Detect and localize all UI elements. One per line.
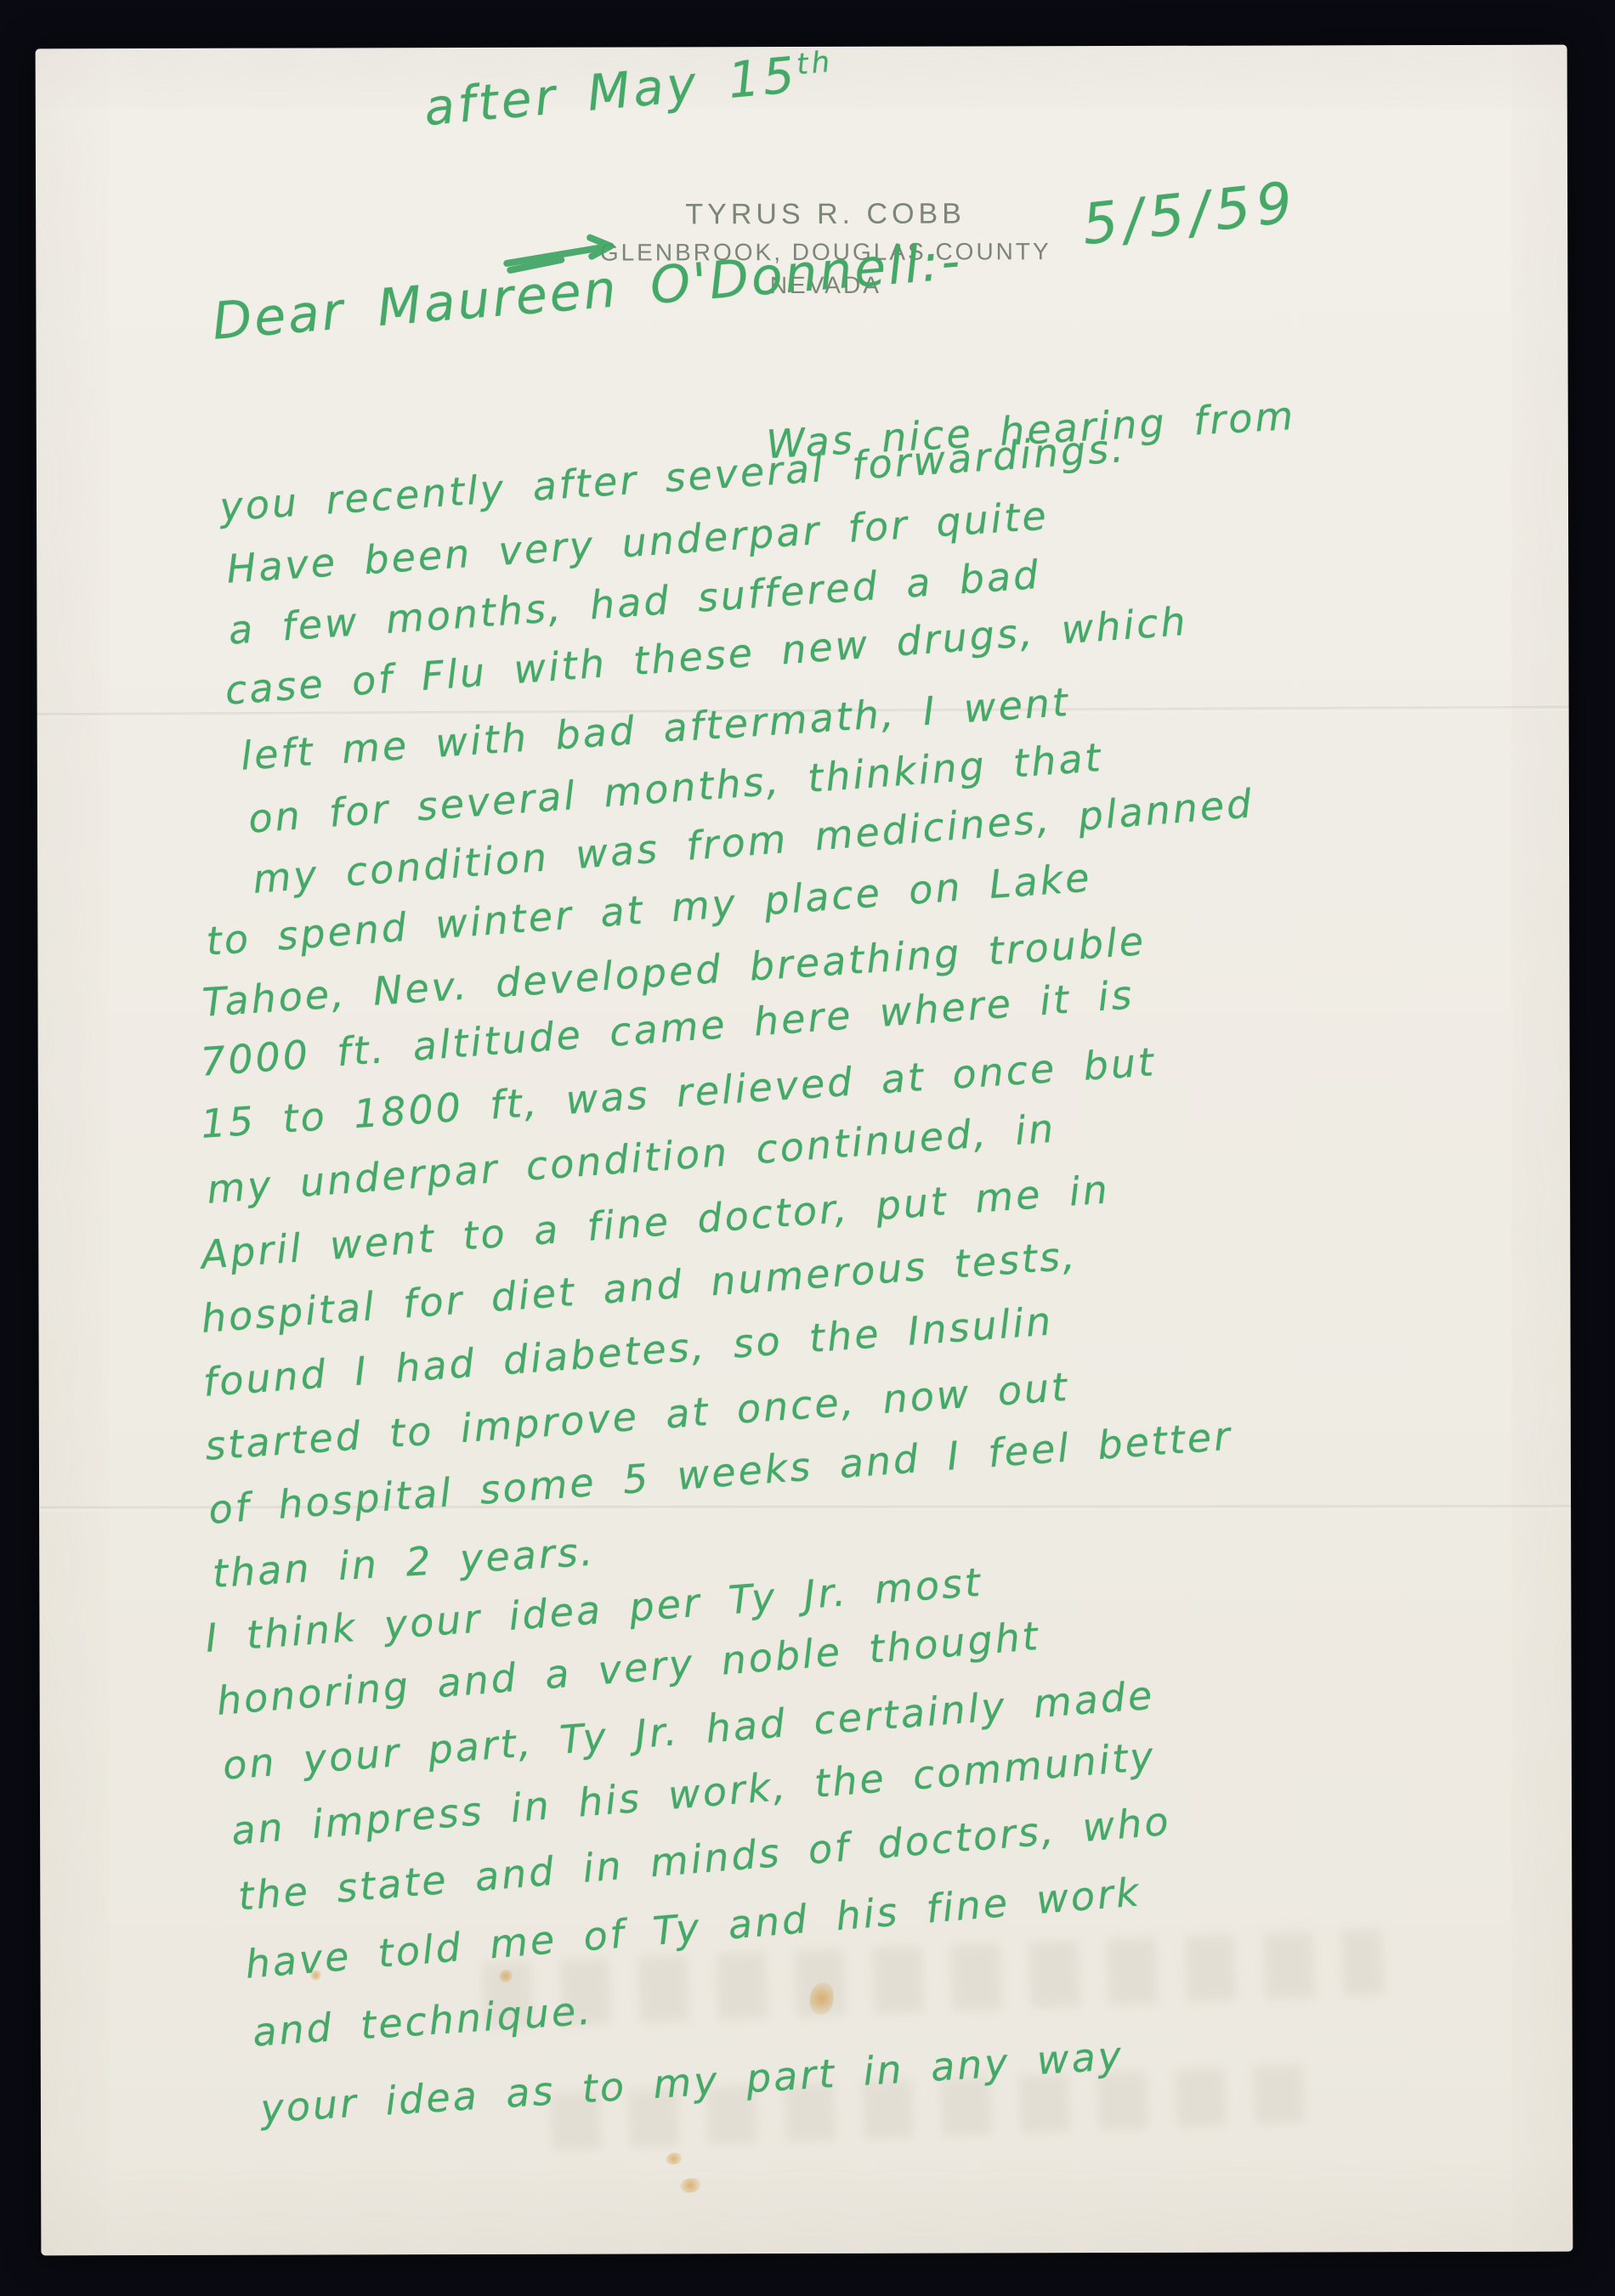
letter-page: after May 15th TYRUS R. COBB GLENBROOK, … <box>36 45 1573 2256</box>
paper-stain <box>680 2178 700 2192</box>
annotation-superscript: th <box>795 45 834 82</box>
handwritten-line: than in 2 years. <box>212 1532 597 1593</box>
paper-stain <box>666 2152 682 2164</box>
scan-background: after May 15th TYRUS R. COBB GLENBROOK, … <box>0 0 1615 2296</box>
letterhead-name: TYRUS R. COBB <box>59 196 1591 234</box>
handwritten-line: and technique. <box>252 1991 594 2052</box>
handwritten-annotation: after May 15th <box>422 47 836 133</box>
annotation-text: after May 15 <box>422 46 800 137</box>
